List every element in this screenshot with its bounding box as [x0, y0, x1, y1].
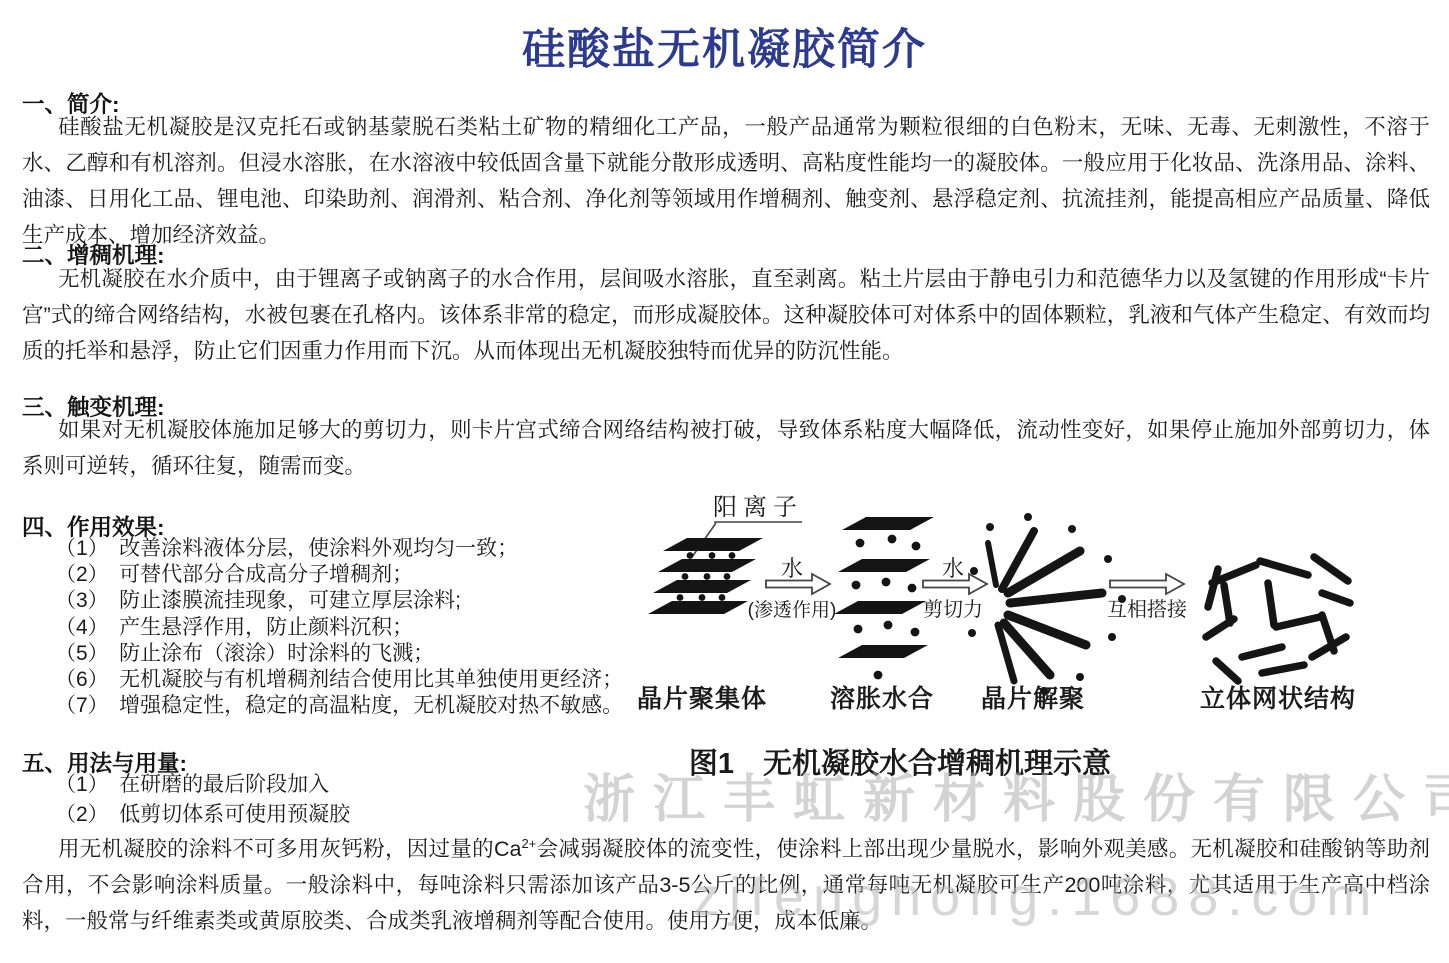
arrow-2-top-label: 水	[942, 556, 964, 581]
stage-label-network: 立体网状结构	[1200, 685, 1356, 713]
list-item: （1） 在研磨的最后阶段加入	[55, 770, 350, 800]
list-item: （7） 增强稳定性，稳定的高温粘度，无机凝胶对热不敏感。	[55, 693, 623, 719]
plate-stack-aggregate-icon	[648, 538, 763, 614]
mechanism-diagram: 阳离子 水 (渗透作用) 水	[620, 485, 1449, 730]
list-item: （2） 可替代部分合成高分子增稠剂；	[55, 562, 623, 588]
stage-label-deaggregation: 晶片解聚	[981, 684, 1085, 713]
section-3-paragraph: 如果对无机凝胶体施加足够大的剪切力，则卡片宫式缔合网络结构被打破，导致体系粘度大…	[22, 412, 1430, 484]
superscript-ion-charge: 2+	[521, 836, 536, 851]
stage-label-aggregate: 晶片聚集体	[637, 684, 767, 713]
figure-caption: 图1 无机凝胶水合增稠机理示意	[620, 741, 1180, 782]
document-page: 硅酸盐无机凝胶简介 一、简介: 硅酸盐无机凝胶是汉克托石或钠基蒙脱石类粘土矿物的…	[0, 0, 1449, 963]
usage-list: （1） 在研磨的最后阶段加入 （2） 低剪切体系可使用预凝胶	[55, 770, 350, 830]
paragraph-text: 用无机凝胶的涂料不可多用灰钙粉，因过量的Ca	[58, 837, 521, 861]
section-1-paragraph: 硅酸盐无机凝胶是汉克托石或钠基蒙脱石类粘土矿物的精细化工产品，一般产品通常为颗粒…	[22, 109, 1430, 253]
list-item: （3） 防止漆膜流挂现象，可建立厚层涂料;	[55, 588, 623, 614]
section-5-paragraph: 用无机凝胶的涂料不可多用灰钙粉，因过量的Ca2+会减弱凝胶体的流变性，使涂料上部…	[22, 831, 1430, 939]
section-2-paragraph: 无机凝胶在水介质中，由于锂离子或钠离子的水合作用，层间吸水溶胀，直至剥离。粘土片…	[22, 261, 1430, 369]
arrow-3-bottom-label: 互相搭接	[1107, 598, 1188, 621]
arrow-1-top-label: 水	[781, 556, 803, 581]
arrow-3-icon	[1110, 574, 1184, 594]
card-house-network-icon	[1206, 557, 1350, 681]
arrow-1-bottom-label: (渗透作用)	[748, 599, 837, 621]
list-item: （1） 改善涂料液体分层，使涂料外观均匀一致；	[55, 536, 623, 562]
list-item: （6） 无机凝胶与有机增稠剂结合使用比其单独使用更经济；	[55, 667, 623, 693]
stage-label-swelling: 溶胀水合	[830, 684, 934, 713]
cation-label: 阳离子	[713, 494, 803, 521]
plate-starburst-icon	[968, 513, 1126, 695]
page-title: 硅酸盐无机凝胶简介	[0, 16, 1449, 77]
arrow-2-bottom-label: 剪切力	[923, 598, 983, 621]
effects-list: （1） 改善涂料液体分层，使涂料外观均匀一致； （2） 可替代部分合成高分子增稠…	[55, 536, 623, 719]
plate-stack-swollen-icon	[834, 517, 934, 679]
list-item: （2） 低剪切体系可使用预凝胶	[55, 800, 350, 830]
list-item: （5） 防止涂布（滚涂）时涂料的飞溅；	[55, 641, 623, 667]
list-item: （4） 产生悬浮作用，防止颜料沉积；	[55, 615, 623, 641]
